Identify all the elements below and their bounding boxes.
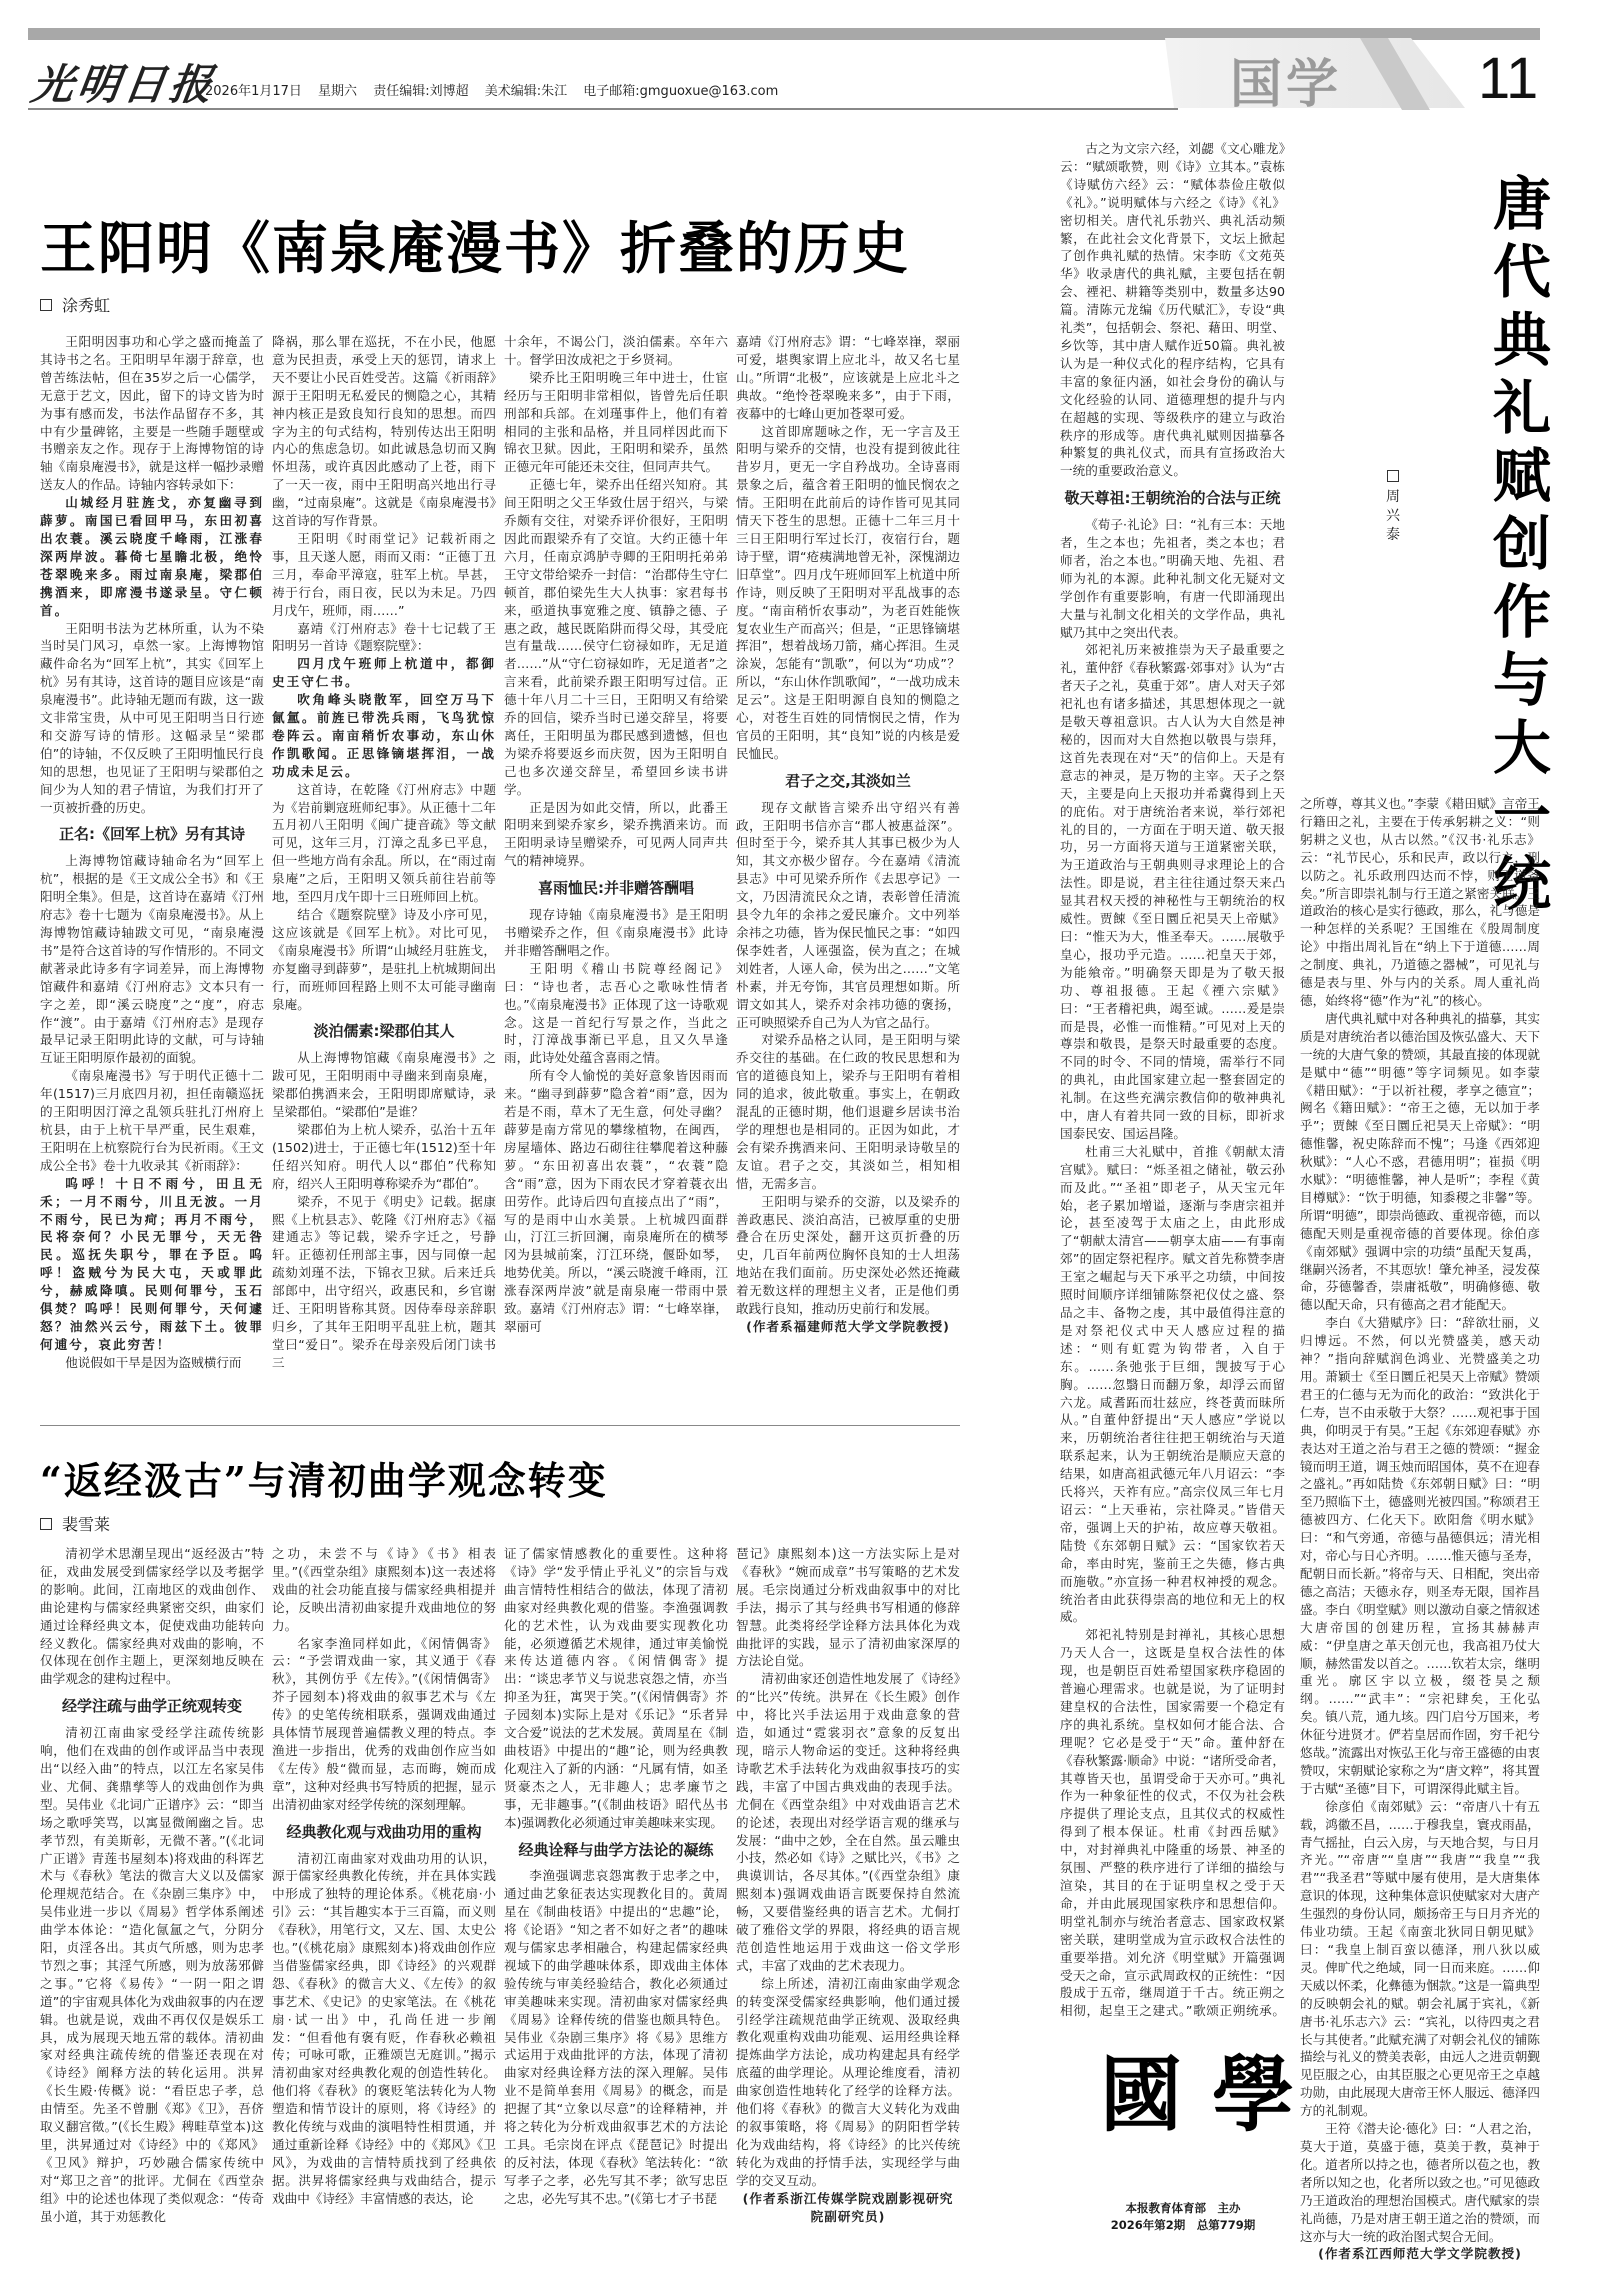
paragraph: 杜甫三大礼赋中，首推《朝献太清宫赋》。赋曰：“烁圣祖之储祉，敬云孙而及此。”“圣…	[1060, 1143, 1285, 1626]
issue-date: 2026年1月17日	[205, 84, 302, 99]
art-editor: 美术编辑:朱江	[485, 84, 567, 99]
article2-section-heading: 经典诠释与曲学方法论的凝练	[504, 1842, 728, 1860]
article1-column-4: 嘉靖《汀州府志》谓：“七峰崒嵂，翠丽可爱，堪舆家谓上应北斗，故又名七星山。”所谓…	[736, 333, 960, 1418]
article1-author: 涂秀虹	[62, 293, 110, 316]
poem-text: 吹角峰头晓散军，回空万马下氤氲。前旌已带洗兵雨，飞鸟犹惊卷阵云。南亩稍忻农事动，…	[272, 691, 496, 781]
paragraph: 上海博物馆藏诗轴命名为“回军上杭”，根据的是《王文成公全书》和《王阳明全集》。但…	[40, 852, 264, 1067]
article3-section-heading: 敬天尊祖:王朝统治的合法与正统	[1060, 490, 1285, 508]
byline-box-icon	[1387, 470, 1399, 482]
contact-email: 电子邮箱:gmguoxue@163.com	[583, 84, 778, 99]
paragraph: 梁乔比王阳明晚三年中进士，仕宦经历与王阳明非常相似，皆曾先后任职刑部和兵部。在刘…	[504, 369, 728, 476]
paragraph: 综上所述，清初江南曲家曲学观念的转变深受儒家经典影响，他们通过援引经学注疏规范曲…	[736, 1975, 960, 2190]
paragraph: 王阳明书法为艺林所重，认为不染当时吴门风习，卓然一家。上海博物馆藏件命名为“回军…	[40, 620, 264, 817]
article2-column-3: 证了儒家情感教化的重要性。这种将《诗》学“发乎情止乎礼义”的宗旨与戏曲言情特性相…	[504, 1545, 728, 2271]
guoxue-brand-logo: 國學	[1100, 2030, 1324, 2147]
paragraph: 唐代典礼赋中对各种典礼的描摹，其实质是对唐统治者以德治国及恢弘盛大、天下一统的大…	[1300, 1010, 1540, 1314]
article2-byline: 裴雪莱	[40, 1512, 110, 1535]
paragraph: 从上海博物馆藏《南泉庵漫书》之跋可见，王阳明雨中寻幽来到南泉庵，梁郡伯携酒来会，…	[272, 1049, 496, 1121]
poem-text: 山城经月驻旌戈，亦复幽寻到薜萝。南国已看回甲马，东田初喜出农蓑。溪云晓度千峰雨，…	[40, 494, 264, 619]
issue-number: 2026年第2期 总第779期	[1078, 2217, 1288, 2234]
paragraph: 这首即席题咏之作，无一字言及王阳明与梁乔的交情，也没有提到彼此往昔岁月，更无一字…	[736, 423, 960, 763]
article1-section-heading: 正名:《回军上杭》另有其诗	[40, 826, 264, 844]
paragraph: 所有令人愉悦的美好意象皆因雨而来。“幽寻到薜萝”隐含着“雨”意，因为若是不雨，草…	[504, 1067, 728, 1336]
paragraph: 现存文献皆言梁乔出守绍兴有善政，王阳明书信亦言“郡人被惠益深”。但时至于今，梁乔…	[736, 799, 960, 1032]
paragraph: 这首诗，在乾隆《汀州府志》中题为《岩前剿寇班师纪事》。从正德十二年五月初八王阳明…	[272, 781, 496, 906]
section-name: 国学	[1230, 42, 1342, 117]
paragraph: 现存诗轴《南泉庵漫书》是王阳明书赠梁乔之作，但《南泉庵漫书》此诗并非赠答酬唱之作…	[504, 906, 728, 960]
article2-author-note: (作者系浙江传媒学院戏剧影视研究院副研究员)	[736, 2190, 960, 2226]
paragraph: 古之为文宗六经，刘勰《文心雕龙》云：“赋颂歌赞，则《诗》立其本。”袁栋《诗赋仿六…	[1060, 140, 1285, 480]
paragraph: 之功，未尝不与《诗》《书》相表里。”(《西堂杂组》康熙刻本)这一表述将戏曲的社会…	[272, 1545, 496, 1635]
paragraph: 王阳明《时雨堂记》记载祈雨之事，且天遂人愿，雨而又雨：“正德丁丑三月，奉命平漳寇…	[272, 530, 496, 620]
paragraph: 清初学术思潮呈现出“返经汲古”特征，戏曲发展受到儒家经学以及考据学的影响。此间，…	[40, 1545, 264, 1688]
paragraph: 王阳明《稽山书院尊经阁记》曰：“诗也者，志吾心之歌咏性情者也。”《南泉庵漫书》正…	[504, 960, 728, 1067]
paragraph: 郊祀礼特别是封禅礼，其核心思想乃天人合一，这既是皇权合法性的体现，也是朝臣百姓希…	[1060, 1626, 1285, 2020]
masthead-rule	[28, 108, 1178, 110]
brand-info: 本报教育体育部 主办 2026年第2期 总第779期	[1078, 2200, 1288, 2234]
paragraph: 梁郡伯为上杭人梁乔，弘治十五年(1502)进士，于正德七年(1512)至十年任绍…	[272, 1121, 496, 1193]
article3-column-1: 古之为文宗六经，刘勰《文心雕龙》云：“赋颂歌赞，则《诗》立其本。”袁栋《诗赋仿六…	[1060, 140, 1285, 2020]
paragraph: 正德七年，梁乔出任绍兴知府。其间王阳明之父王华致仕居于绍兴，与梁乔颇有交往，对梁…	[504, 476, 728, 798]
article3-byline: 周兴泰	[1383, 470, 1403, 545]
paragraph: 琶记》康熙刻本)这一方法实际上是对《春秋》“婉而成章”书写策略的艺术发展。毛宗岗…	[736, 1545, 960, 1670]
article1-section-heading: 淡泊儒素:梁郡伯其人	[272, 1023, 496, 1041]
article2-title: “返经汲古”与清初曲学观念转变	[40, 1450, 608, 1505]
paragraph: 清初江南曲家受经学注疏传统影响，他们在戏曲的创作或评品当中表现出“以经入曲”的特…	[40, 1724, 264, 2225]
article1-column-1: 王阳明因事功和心学之盛而掩盖了其诗书之名。王阳明早年溺于辞章，也曾苦练法帖，但在…	[40, 333, 264, 1418]
masthead: 光明日报 2026年1月17日 星期六 责任编辑:刘博超 美术编辑:朱江 电子邮…	[0, 0, 1600, 110]
paragraph: 证了儒家情感教化的重要性。这种将《诗》学“发乎情止乎礼义”的宗旨与戏曲言情特性相…	[504, 1545, 728, 1832]
poem-text: 呜呼！十日不雨兮，田且无禾；一月不雨兮，川且无波。一月不雨兮，民已为疴；再月不雨…	[40, 1175, 264, 1354]
paragraph: 之所尊，尊其义也。”李蒙《耤田赋》言帝王行籍田之礼，主要在于传承躬耕之义：“则躬…	[1300, 795, 1540, 1010]
article3-author-note: (作者系江西师范大学文学院教授)	[1300, 2245, 1540, 2263]
article1-section-heading: 君子之交,其淡如兰	[736, 773, 960, 791]
paragraph: 正是因为如此交情，所以，此番王阳明来到梁乔家乡，梁乔携酒来访。而王阳明录诗呈赠梁…	[504, 799, 728, 871]
paragraph: 《南泉庵漫书》写于明代正德十二年(1517)三月底四月初，担任南赣巡抚的王阳明因…	[40, 1067, 264, 1174]
article3-author: 周兴泰	[1386, 489, 1400, 543]
masthead-info: 2026年1月17日 星期六 责任编辑:刘博超 美术编辑:朱江 电子邮箱:gmg…	[205, 80, 790, 99]
paragraph: 十余年，不谒公门，淡泊儒素。卒年六十。督学田汝成祀之于乡贤祠。	[504, 333, 728, 369]
article1-title: 王阳明《南泉庵漫书》折叠的历史	[40, 205, 910, 285]
article3-column-2: 之所尊，尊其义也。”李蒙《耤田赋》言帝王行籍田之礼，主要在于传承躬耕之义：“则躬…	[1300, 795, 1540, 2271]
article1-section-heading: 喜雨恤民:并非赠答酬唱	[504, 880, 728, 898]
article2-column-2: 之功，未尝不与《诗》《书》相表里。”(《西堂杂组》康熙刻本)这一表述将戏曲的社会…	[272, 1545, 496, 2271]
issue-weekday: 星期六	[318, 84, 357, 99]
article2-column-1: 清初学术思潮呈现出“返经汲古”特征，戏曲发展受到儒家经学以及考据学的影响。此间，…	[40, 1545, 264, 2271]
article1-author-note: (作者系福建师范大学文学院教授)	[736, 1318, 960, 1336]
article2-section-heading: 经典教化观与戏曲功用的重构	[272, 1824, 496, 1842]
paragraph: 王符《潜夫论·德化》曰：“人君之治，莫大于道，莫盛于德，莫美于教，莫神于化。道者…	[1300, 2120, 1540, 2245]
page-number: 11	[1478, 45, 1538, 112]
organizer: 本报教育体育部 主办	[1078, 2200, 1288, 2217]
newspaper-logo: 光明日报	[28, 52, 220, 112]
article2-column-4: 琶记》康熙刻本)这一方法实际上是对《春秋》“婉而成章”书写策略的艺术发展。毛宗岗…	[736, 1545, 960, 2271]
article2-section-heading: 经学注疏与曲学正统观转变	[40, 1698, 264, 1716]
paragraph: 李渔强调悲哀怨寓教于忠孝之中，通过曲艺象征表达实现教化目的。黄周星在《制曲枝语》…	[504, 1867, 728, 2207]
paragraph: 徐彦伯《南郊赋》云：“帝唐八十有五载，鸿徽丕昌，……于穆我皇，寰戎雨晶，青气摇扯…	[1300, 1798, 1540, 2120]
paragraph: 王阳明因事功和心学之盛而掩盖了其诗书之名。王阳明早年溺于辞章，也曾苦练法帖，但在…	[40, 333, 264, 494]
paragraph: 他说假如干旱是因为盗贼横行而	[40, 1354, 264, 1372]
paragraph: 嘉靖《汀州府志》谓：“七峰崒嵂，翠丽可爱，堪舆家谓上应北斗，故又名七星山。”所谓…	[736, 333, 960, 423]
byline-box-icon	[40, 1518, 52, 1530]
paragraph: 清初江南曲家对戏曲功用的认识，源于儒家经典教化传统，并在具体实践中形成了独特的理…	[272, 1850, 496, 2208]
article-divider	[40, 1425, 960, 1426]
paragraph: 王阳明与梁乔的交游，以及梁乔的善政惠民、淡泊高洁，已被厚重的史册叠合在历史深处，…	[736, 1193, 960, 1318]
paragraph: 对梁乔品格之认同，是王阳明与梁乔交往的基础。在仁政的牧民思想和为官的道德良知上，…	[736, 1031, 960, 1192]
paragraph: 清初曲家还创造性地发展了《诗经》的“比兴”传统。洪昇在《长生殿》创作中，将比兴手…	[736, 1670, 960, 1974]
article1-byline: 涂秀虹	[40, 293, 110, 316]
paragraph: 名家李渔同样如此，《闲情偶寄》云：“予尝谓戏曲一家，其义通于《春秋》，其例仿乎《…	[272, 1635, 496, 1814]
paragraph: 郊祀礼历来被推崇为天子最重要之礼，董仲舒《春秋繁露·郊事对》认为“古者天子之礼，…	[1060, 641, 1285, 1142]
editor: 责任编辑:刘博超	[373, 84, 468, 99]
paragraph: 李白《大猎赋序》曰：“辞欲壮丽，义归博远。不然，何以光赞盛美，感天动神？”指向辞…	[1300, 1314, 1540, 1797]
paragraph: 嘉靖《汀州府志》卷十七记载了王阳明另一首诗《题察院壁》：	[272, 620, 496, 656]
paragraph: 《荀子·礼论》曰：“礼有三本：天地者，生之本也；先祖者，类之本也；君师者，治之本…	[1060, 516, 1285, 641]
paragraph: 降祸，那么罪在巡抚，不在小民，他愿意为民担责，承受上天的惩罚，请求上天不要让小民…	[272, 333, 496, 530]
paragraph: 结合《题察院壁》诗及小序可见，这应该就是《回军上杭》。对比可见，《南泉庵漫书》所…	[272, 906, 496, 1013]
byline-box-icon	[40, 299, 52, 311]
article1-column-2: 降祸，那么罪在巡抚，不在小民，他愿意为民担责，承受上天的惩罚，请求上天不要让小民…	[272, 333, 496, 1418]
paragraph: 梁乔，不见于《明史》记载。据康熙《上杭县志》、乾隆《汀州府志》《福建通志》等记载…	[272, 1193, 496, 1372]
article1-column-3: 十余年，不谒公门，淡泊儒素。卒年六十。督学田汝成祀之于乡贤祠。 梁乔比王阳明晚三…	[504, 333, 728, 1418]
article2-author: 裴雪莱	[62, 1512, 110, 1535]
poem-text: 四月戊午班师上杭道中，都御史王守仁书。	[272, 655, 496, 691]
